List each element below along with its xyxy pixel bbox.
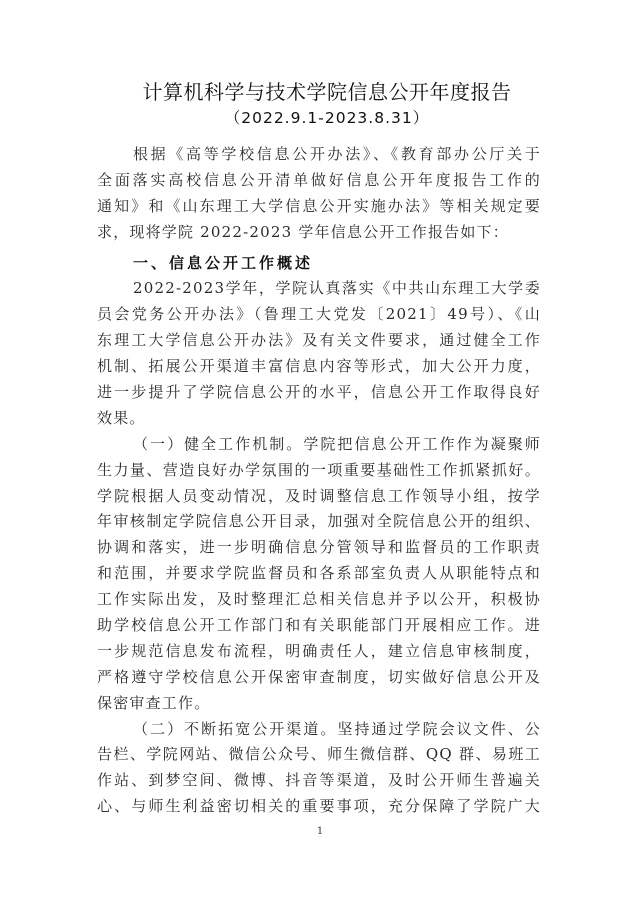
text-line: 进一步提升了学院信息公开的水平，信息公开工作取得良好	[97, 380, 541, 406]
text-line: 心、与师生利益密切相关的重要事项，充分保障了学院广大	[97, 794, 541, 820]
document-page: 计算机科学与技术学院信息公开年度报告 （2022.9.1-2023.8.31） …	[0, 0, 639, 905]
text-line: 年审核制定学院信息公开目录，加强对全院信息公开的组织、	[97, 509, 541, 535]
section-heading: 一、信息公开工作概述	[97, 251, 541, 277]
text-line: 保密审查工作。	[97, 691, 541, 717]
text-line: 根据《高等学校信息公开办法》、《教育部办公厅关于	[97, 142, 541, 168]
subsection-channels: （二）不断拓宽公开渠道。坚持通过学院会议文件、公 告栏、学院网站、微信公众号、师…	[97, 717, 541, 821]
text-line: 求，现将学院 2022-2023 学年信息公开工作报告如下：	[97, 220, 541, 246]
text-line: 2022-2023学年，学院认真落实《中共山东理工大学委	[97, 276, 541, 302]
text-line: 协调和落实，进一步明确信息分管领导和监督员的工作职责	[97, 535, 541, 561]
subsection-work-mechanism: （一）健全工作机制。学院把信息公开工作作为凝聚师 生力量、营造良好办学氛围的一项…	[97, 432, 541, 717]
text-line: （二）不断拓宽公开渠道。坚持通过学院会议文件、公	[97, 717, 541, 743]
text-line: 全面落实高校信息公开清单做好信息公开年度报告工作的	[97, 168, 541, 194]
intro-paragraph: 根据《高等学校信息公开办法》、《教育部办公厅关于 全面落实高校信息公开清单做好信…	[97, 142, 541, 246]
document-body: 根据《高等学校信息公开办法》、《教育部办公厅关于 全面落实高校信息公开清单做好信…	[97, 142, 541, 820]
text-line: 学院根据人员变动情况，及时调整信息工作领导小组，按学	[97, 484, 541, 510]
text-line: 生力量、营造良好办学氛围的一项重要基础性工作抓紧抓好。	[97, 458, 541, 484]
text-line: （一）健全工作机制。学院把信息公开工作作为凝聚师	[97, 432, 541, 458]
text-line: 通知》和《山东理工大学信息公开实施办法》等相关规定要	[97, 194, 541, 220]
text-line: 告栏、学院网站、微信公众号、师生微信群、QQ 群、易班工	[97, 742, 541, 768]
page-number: 1	[310, 826, 330, 837]
text-line: 员会党务公开办法》（鲁理工大党发〔2021〕49号）、《山	[97, 302, 541, 328]
text-line: 工作实际出发，及时整理汇总相关信息并予以公开，积极协	[97, 587, 541, 613]
text-line: 严格遵守学校信息公开保密审查制度，切实做好信息公开及	[97, 665, 541, 691]
text-line: 助学校信息公开工作部门和有关职能部门开展相应工作。进	[97, 613, 541, 639]
document-date-range: （2022.9.1-2023.8.31）	[0, 106, 639, 130]
overview-paragraph: 2022-2023学年，学院认真落实《中共山东理工大学委 员会党务公开办法》（鲁…	[97, 276, 541, 431]
text-line: 机制、拓展公开渠道丰富信息内容等形式，加大公开力度，	[97, 354, 541, 380]
text-line: 东理工大学信息公开办法》及有关文件要求，通过健全工作	[97, 328, 541, 354]
text-line: 作站、到梦空间、微博、抖音等渠道，及时公开师生普遍关	[97, 768, 541, 794]
text-line: 和范围，并要求学院监督员和各系部室负责人从职能特点和	[97, 561, 541, 587]
text-line: 一步规范信息发布流程，明确责任人，建立信息审核制度，	[97, 639, 541, 665]
text-line: 效果。	[97, 406, 541, 432]
document-title: 计算机科学与技术学院信息公开年度报告	[0, 78, 639, 106]
